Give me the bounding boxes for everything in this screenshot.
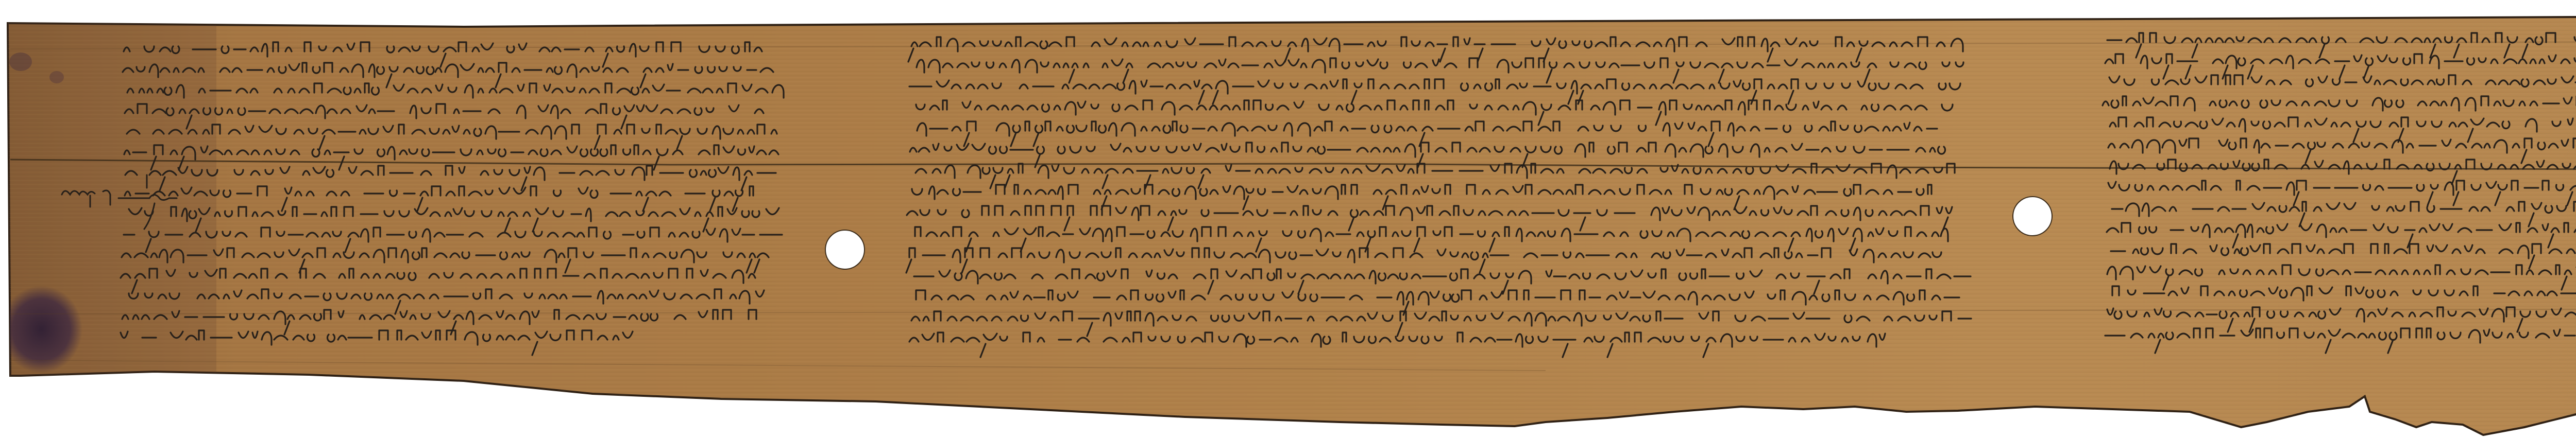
palm-leaf — [0, 0, 2576, 438]
binding-hole-left — [825, 230, 865, 269]
manuscript-viewer: 4 0 7 408 Tamil / Grantha handwriting (n… — [0, 0, 2576, 438]
binding-hole-right — [2013, 197, 2052, 236]
